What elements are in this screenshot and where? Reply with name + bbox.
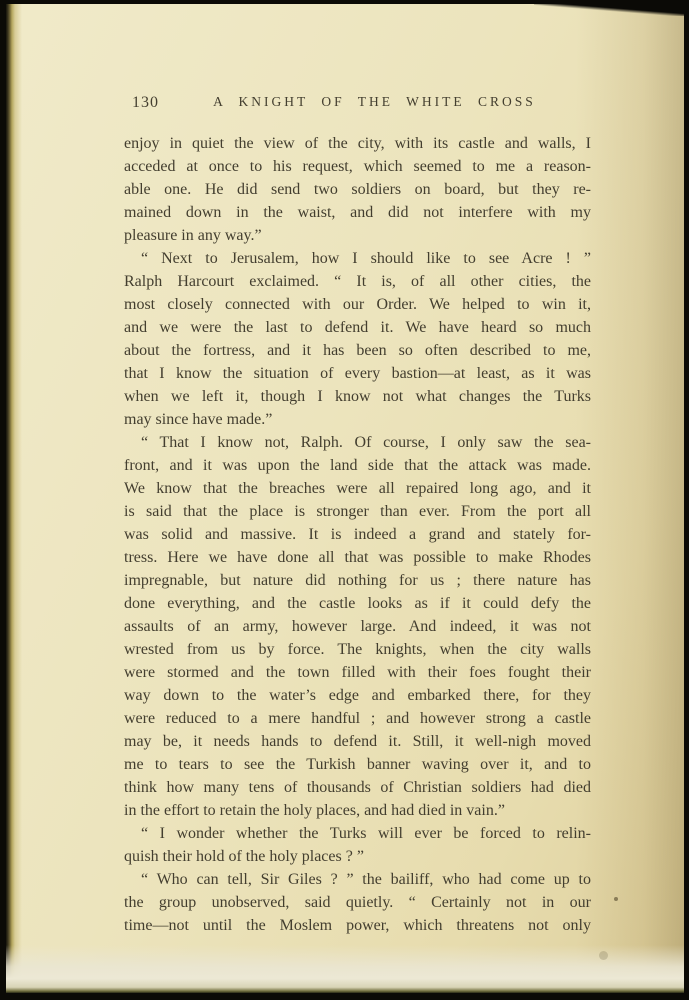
- text-line: when we left it, though I know not what …: [124, 385, 591, 408]
- text-line: about the fortress, and it has been so o…: [124, 339, 591, 362]
- text-line: able one. He did send two soldiers on bo…: [124, 178, 591, 201]
- text-line: mained down in the waist, and did not in…: [124, 201, 591, 224]
- text-line: me to tears to see the Turkish banner wa…: [124, 753, 591, 776]
- ink-speck: [614, 897, 618, 901]
- paragraph: “ Next to Jerusalem, how I should like t…: [124, 247, 591, 431]
- text-line: We know that the breaches were all repai…: [124, 477, 591, 500]
- text-line: acceded at once to his request, which se…: [124, 155, 591, 178]
- text-line: may since have made.”: [124, 408, 591, 431]
- text-line: enjoy in quiet the view of the city, wit…: [124, 132, 591, 155]
- text-line: front, and it was upon the land side tha…: [124, 454, 591, 477]
- page-header: 130 A KNIGHT OF THE WHITE CROSS: [124, 94, 591, 116]
- page-bottom-edge: [6, 945, 684, 993]
- paragraph: enjoy in quiet the view of the city, wit…: [124, 132, 591, 247]
- text-line: “ Next to Jerusalem, how I should like t…: [124, 247, 591, 270]
- text-line: most closely connected with our Order. W…: [124, 293, 591, 316]
- page-content: 130 A KNIGHT OF THE WHITE CROSS enjoy in…: [124, 94, 591, 937]
- book-page: 130 A KNIGHT OF THE WHITE CROSS enjoy in…: [6, 4, 684, 993]
- text-line: “ That I know not, Ralph. Of course, I o…: [124, 431, 591, 454]
- text-line: “ Who can tell, Sir Giles ? ” the bailif…: [124, 868, 591, 891]
- text-line: and we were the last to defend it. We ha…: [124, 316, 591, 339]
- paragraph: “ That I know not, Ralph. Of course, I o…: [124, 431, 591, 822]
- text-line: the group unobserved, said quietly. “ Ce…: [124, 891, 591, 914]
- page-number: 130: [132, 94, 159, 112]
- text-line: is said that the place is stronger than …: [124, 500, 591, 523]
- text-line: “ I wonder whether the Turks will ever b…: [124, 822, 591, 845]
- text-line: pleasure in any way.”: [124, 224, 591, 247]
- text-line: were reduced to a mere handful ; and how…: [124, 707, 591, 730]
- text-line: that I know the situation of every basti…: [124, 362, 591, 385]
- text-line: in the effort to retain the holy places,…: [124, 799, 591, 822]
- text-line: assaults of an army, however large. And …: [124, 615, 591, 638]
- text-line: was solid and massive. It is indeed a gr…: [124, 523, 591, 546]
- paragraph: “ Who can tell, Sir Giles ? ” the bailif…: [124, 868, 591, 937]
- running-head: A KNIGHT OF THE WHITE CROSS: [124, 94, 591, 110]
- text-line: were stormed and the town filled with th…: [124, 661, 591, 684]
- corner-shadow: [534, 4, 684, 16]
- text-body: enjoy in quiet the view of the city, wit…: [124, 132, 591, 937]
- text-line: quish their hold of the holy places ? ”: [124, 845, 591, 868]
- text-line: wrested from us by force. The knights, w…: [124, 638, 591, 661]
- text-line: time—not until the Moslem power, which t…: [124, 914, 591, 937]
- text-line: impregnable, but nature did nothing for …: [124, 569, 591, 592]
- text-line: may be, it needs hands to defend it. Sti…: [124, 730, 591, 753]
- text-line: way down to the water’s edge and embarke…: [124, 684, 591, 707]
- ink-speck: [599, 951, 608, 960]
- text-line: think how many tens of thousands of Chri…: [124, 776, 591, 799]
- text-line: Ralph Harcourt exclaimed. “ It is, of al…: [124, 270, 591, 293]
- text-line: done everything, and the castle looks as…: [124, 592, 591, 615]
- text-line: tress. Here we have done all that was po…: [124, 546, 591, 569]
- binding-edge: [6, 4, 22, 993]
- paragraph: “ I wonder whether the Turks will ever b…: [124, 822, 591, 868]
